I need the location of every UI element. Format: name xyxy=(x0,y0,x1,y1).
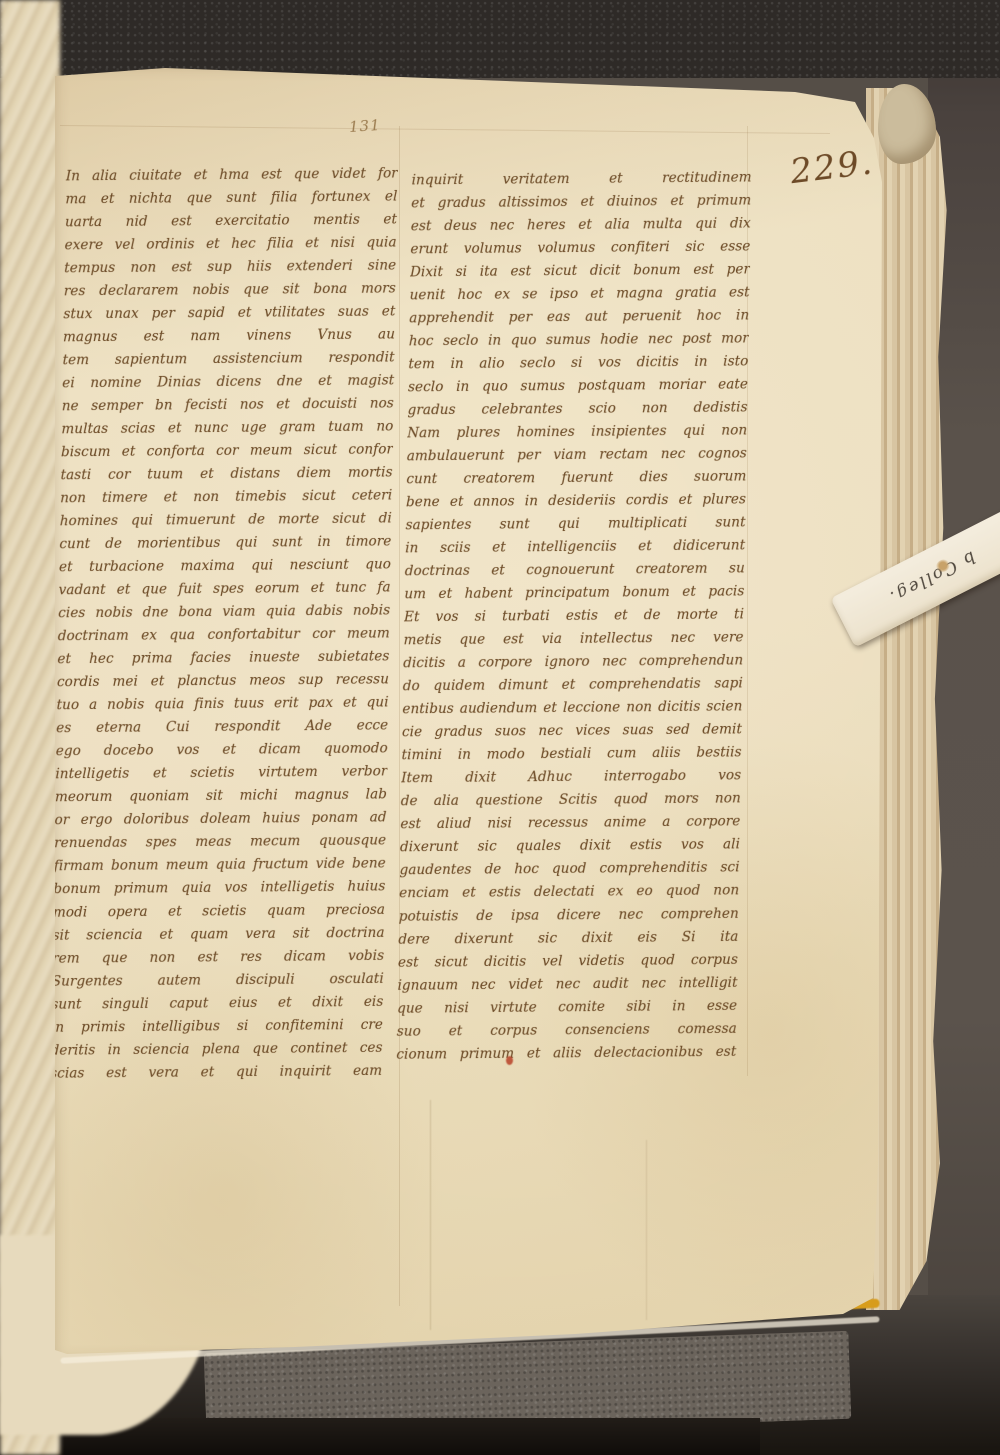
manuscript-line: cionum primum et aliis delectacionibus e… xyxy=(396,1041,736,1067)
manuscript-line: suo et corpus consenciens comessa xyxy=(397,1018,737,1044)
manuscript-line: or ergo doloribus doleam huius ponam ad xyxy=(54,807,386,833)
ruling-line-top xyxy=(60,125,830,134)
manuscript-line: tasti cor tuum et distans diem mortis xyxy=(60,462,392,488)
manuscript-line: modi opera et scietis quam preciosa xyxy=(53,899,385,925)
manuscript-line: rem que non est res dicam vobis xyxy=(52,945,384,971)
manuscript-line: tem sapientum assistencium respondit xyxy=(62,346,394,372)
manuscript-line: deritis in sciencia plena que continet c… xyxy=(50,1037,382,1063)
bookmark-tab-card[interactable]: b Colleg. xyxy=(830,508,1000,648)
manuscript-line: Dixit si ita est sicut dicit bonum est p… xyxy=(410,258,750,284)
manuscript-line: ne semper bn fecisti nos et docuisti nos xyxy=(62,393,394,419)
manuscript-line: cordis mei et planctus meos sup recessu xyxy=(57,669,389,695)
rubric-mark xyxy=(506,1056,513,1065)
manuscript-line: sapientes sunt qui multiplicati sunt xyxy=(405,511,745,537)
parchment-crease xyxy=(646,1140,647,1320)
manuscript-line: Et vos si turbati estis et de morte ti xyxy=(404,604,744,630)
manuscript-line: tem in alio seclo si vos dicitis in isto xyxy=(408,350,748,376)
manuscript-line: biscum et conforta cor meum sicut confor xyxy=(61,439,393,465)
text-column-left: In alia ciuitate et hma est que videt fo… xyxy=(50,162,398,1085)
manuscript-line: homines qui timuerunt de morte sicut di xyxy=(60,508,392,534)
manuscript-page: 131 229. In alia ciuitate et hma est que… xyxy=(55,60,895,1354)
manuscript-line: dicitis a corpore ignoro nec comprehendu… xyxy=(403,650,743,676)
manuscript-line: In alia ciuitate et hma est que videt fo… xyxy=(66,162,398,188)
manuscript-line: renuendas spes meas mecum quousque xyxy=(54,830,386,856)
manuscript-line: ignauum nec videt nec audit nec intellig… xyxy=(397,972,737,998)
manuscript-line: est sicut dicitis vel videtis quod corpu… xyxy=(398,949,738,975)
manuscript-line: dixerunt sic quales dixit estis vos ali xyxy=(400,834,740,860)
manuscript-line: et hec prima facies inueste subietates xyxy=(57,646,389,672)
manuscript-line: ambulauerunt per viam rectam nec cognos xyxy=(407,442,747,468)
manuscript-line: metis que est via intellectus nec vere xyxy=(403,627,743,653)
manuscript-line: magnus est nam vinens Vnus au xyxy=(63,323,395,349)
manuscript-line: ego docebo vos et dicam quomodo xyxy=(56,738,388,764)
manuscript-line: multas scias et nunc uge gram tuam no xyxy=(61,416,393,442)
manuscript-line: exere vel ordinis et hec filia et nisi q… xyxy=(64,231,396,257)
manuscript-line: et turbacione maxima qui nesciunt quo xyxy=(59,554,391,580)
manuscript-line: que nisi virtute comite sibi in esse xyxy=(397,995,737,1021)
manuscript-line: uenit hoc ex se ipso et magna gratia est xyxy=(409,281,749,307)
manuscript-line: inquirit veritatem et rectitudinem xyxy=(411,166,751,192)
manuscript-line: in sciis et intelligenciis et didicerunt xyxy=(405,535,745,561)
manuscript-line: bonum primum quia vos intelligetis huius xyxy=(53,876,385,902)
manuscript-line: es eterna Cui respondit Ade ecce xyxy=(56,715,388,741)
manuscript-line: um et habent principatum bonum et pacis xyxy=(404,581,744,607)
manuscript-line: hoc seclo in quo sumus hodie nec post mo… xyxy=(409,327,749,353)
manuscript-line: Item dixit Adhuc interrogabo vos xyxy=(401,765,741,791)
manuscript-line: in primis intelligibus si confitemini cr… xyxy=(51,1014,383,1040)
manuscript-line: stux unax per sapid et vtilitates suas e… xyxy=(63,300,395,326)
manuscript-line: uarta nid est exercitatio mentis et xyxy=(65,208,397,234)
manuscript-line: cunt de morientibus qui sunt in timore xyxy=(59,531,391,557)
manuscript-line: cie gradus suos nec vices suas sed demit xyxy=(402,719,742,745)
manuscript-line: ma et nichta que sunt filia fortunex el xyxy=(65,185,397,211)
backdrop-top-foam xyxy=(0,0,1000,78)
manuscript-line: doctrinas et cognouerunt creatorem su xyxy=(405,558,745,584)
manuscript-line: res declararem nobis que sit bona mors xyxy=(64,277,396,303)
manuscript-line: sunt singuli caput eius et dixit eis xyxy=(51,991,383,1017)
manuscript-line: Surgentes autem discipuli osculati xyxy=(52,968,384,994)
manuscript-line: firmam bonum meum quia fructum vide bene xyxy=(54,853,386,879)
ruling-line-center xyxy=(399,126,400,1306)
bookmark-tab[interactable]: b Colleg. xyxy=(838,492,1000,667)
manuscript-line: est aliud nisi recessus anime a corpore xyxy=(400,811,740,837)
manuscript-line: apprehendit per eas aut peruenit hoc in xyxy=(409,304,749,330)
manuscript-line: seclo in quo sumus postquam moriar eate xyxy=(408,373,748,399)
manuscript-line: erunt volumus volumus confiteri sic esse xyxy=(410,235,750,261)
bookmark-tab-label: b Colleg. xyxy=(846,525,1000,630)
manuscript-line: gradus celebrantes scio non dedistis xyxy=(407,396,747,422)
manuscript-line: tuo a nobis quia finis tuus erit pax et … xyxy=(56,692,388,718)
manuscript-line: intelligetis et scietis virtutem verbor xyxy=(55,761,387,787)
manuscript-line: Nam plures homines insipientes qui non xyxy=(407,419,747,445)
manuscript-line: tempus non est sup hiis extenderi sine xyxy=(64,254,396,280)
manuscript-line: entibus audiendum et leccione non diciti… xyxy=(402,696,742,722)
manuscript-line: dere dixerunt sic dixit eis Si ita xyxy=(398,926,738,952)
manuscript-line: vadant et que fuit spes eorum et tunc fa xyxy=(58,577,390,603)
manuscript-line: sit sciencia et quam vera sit doctrina xyxy=(52,922,384,948)
manuscript-line: de alia questione Scitis quod mors non xyxy=(401,788,741,814)
manuscript-line: est deus nec heres et alia multa qui dix xyxy=(411,212,751,238)
manuscript-line: timini in modo bestiali cum aliis bestii… xyxy=(401,742,741,768)
text-column-right: inquirit veritatem et rectitudinemet gra… xyxy=(396,166,752,1066)
manuscript-line: non timere et non timebis sicut ceteri xyxy=(60,485,392,511)
manuscript-line: potuistis de ipsa dicere nec comprehen xyxy=(399,903,739,929)
manuscript-line: gaudentes de hoc quod comprehenditis sci xyxy=(399,857,739,883)
manuscript-line: bene et annos in desideriis cordis et pl… xyxy=(406,488,746,514)
parchment-crease xyxy=(430,1100,431,1330)
manuscript-line: enciam et estis delectati ex eo quod non xyxy=(399,880,739,906)
manuscript-line: cies nobis dne bona viam quia dabis nobi… xyxy=(58,600,390,626)
manuscript-line: meorum quoniam sit michi magnus lab xyxy=(55,784,387,810)
manuscript-line: doctrinam ex qua confortabitur cor meum xyxy=(58,623,390,649)
manuscript-line: cunt creatorem fuerunt dies suorum xyxy=(406,465,746,491)
old-foliation-mark: 131 xyxy=(349,116,410,135)
manuscript-line: ei nomine Dinias dicens dne et magist xyxy=(62,370,394,396)
manuscript-line: et gradus altissimos et diuinos et primu… xyxy=(411,189,751,215)
manuscript-line: scias est vera et qui inquirit eam xyxy=(50,1060,382,1086)
manuscript-line: do quidem dimunt et comprehendatis sapi xyxy=(403,673,743,699)
